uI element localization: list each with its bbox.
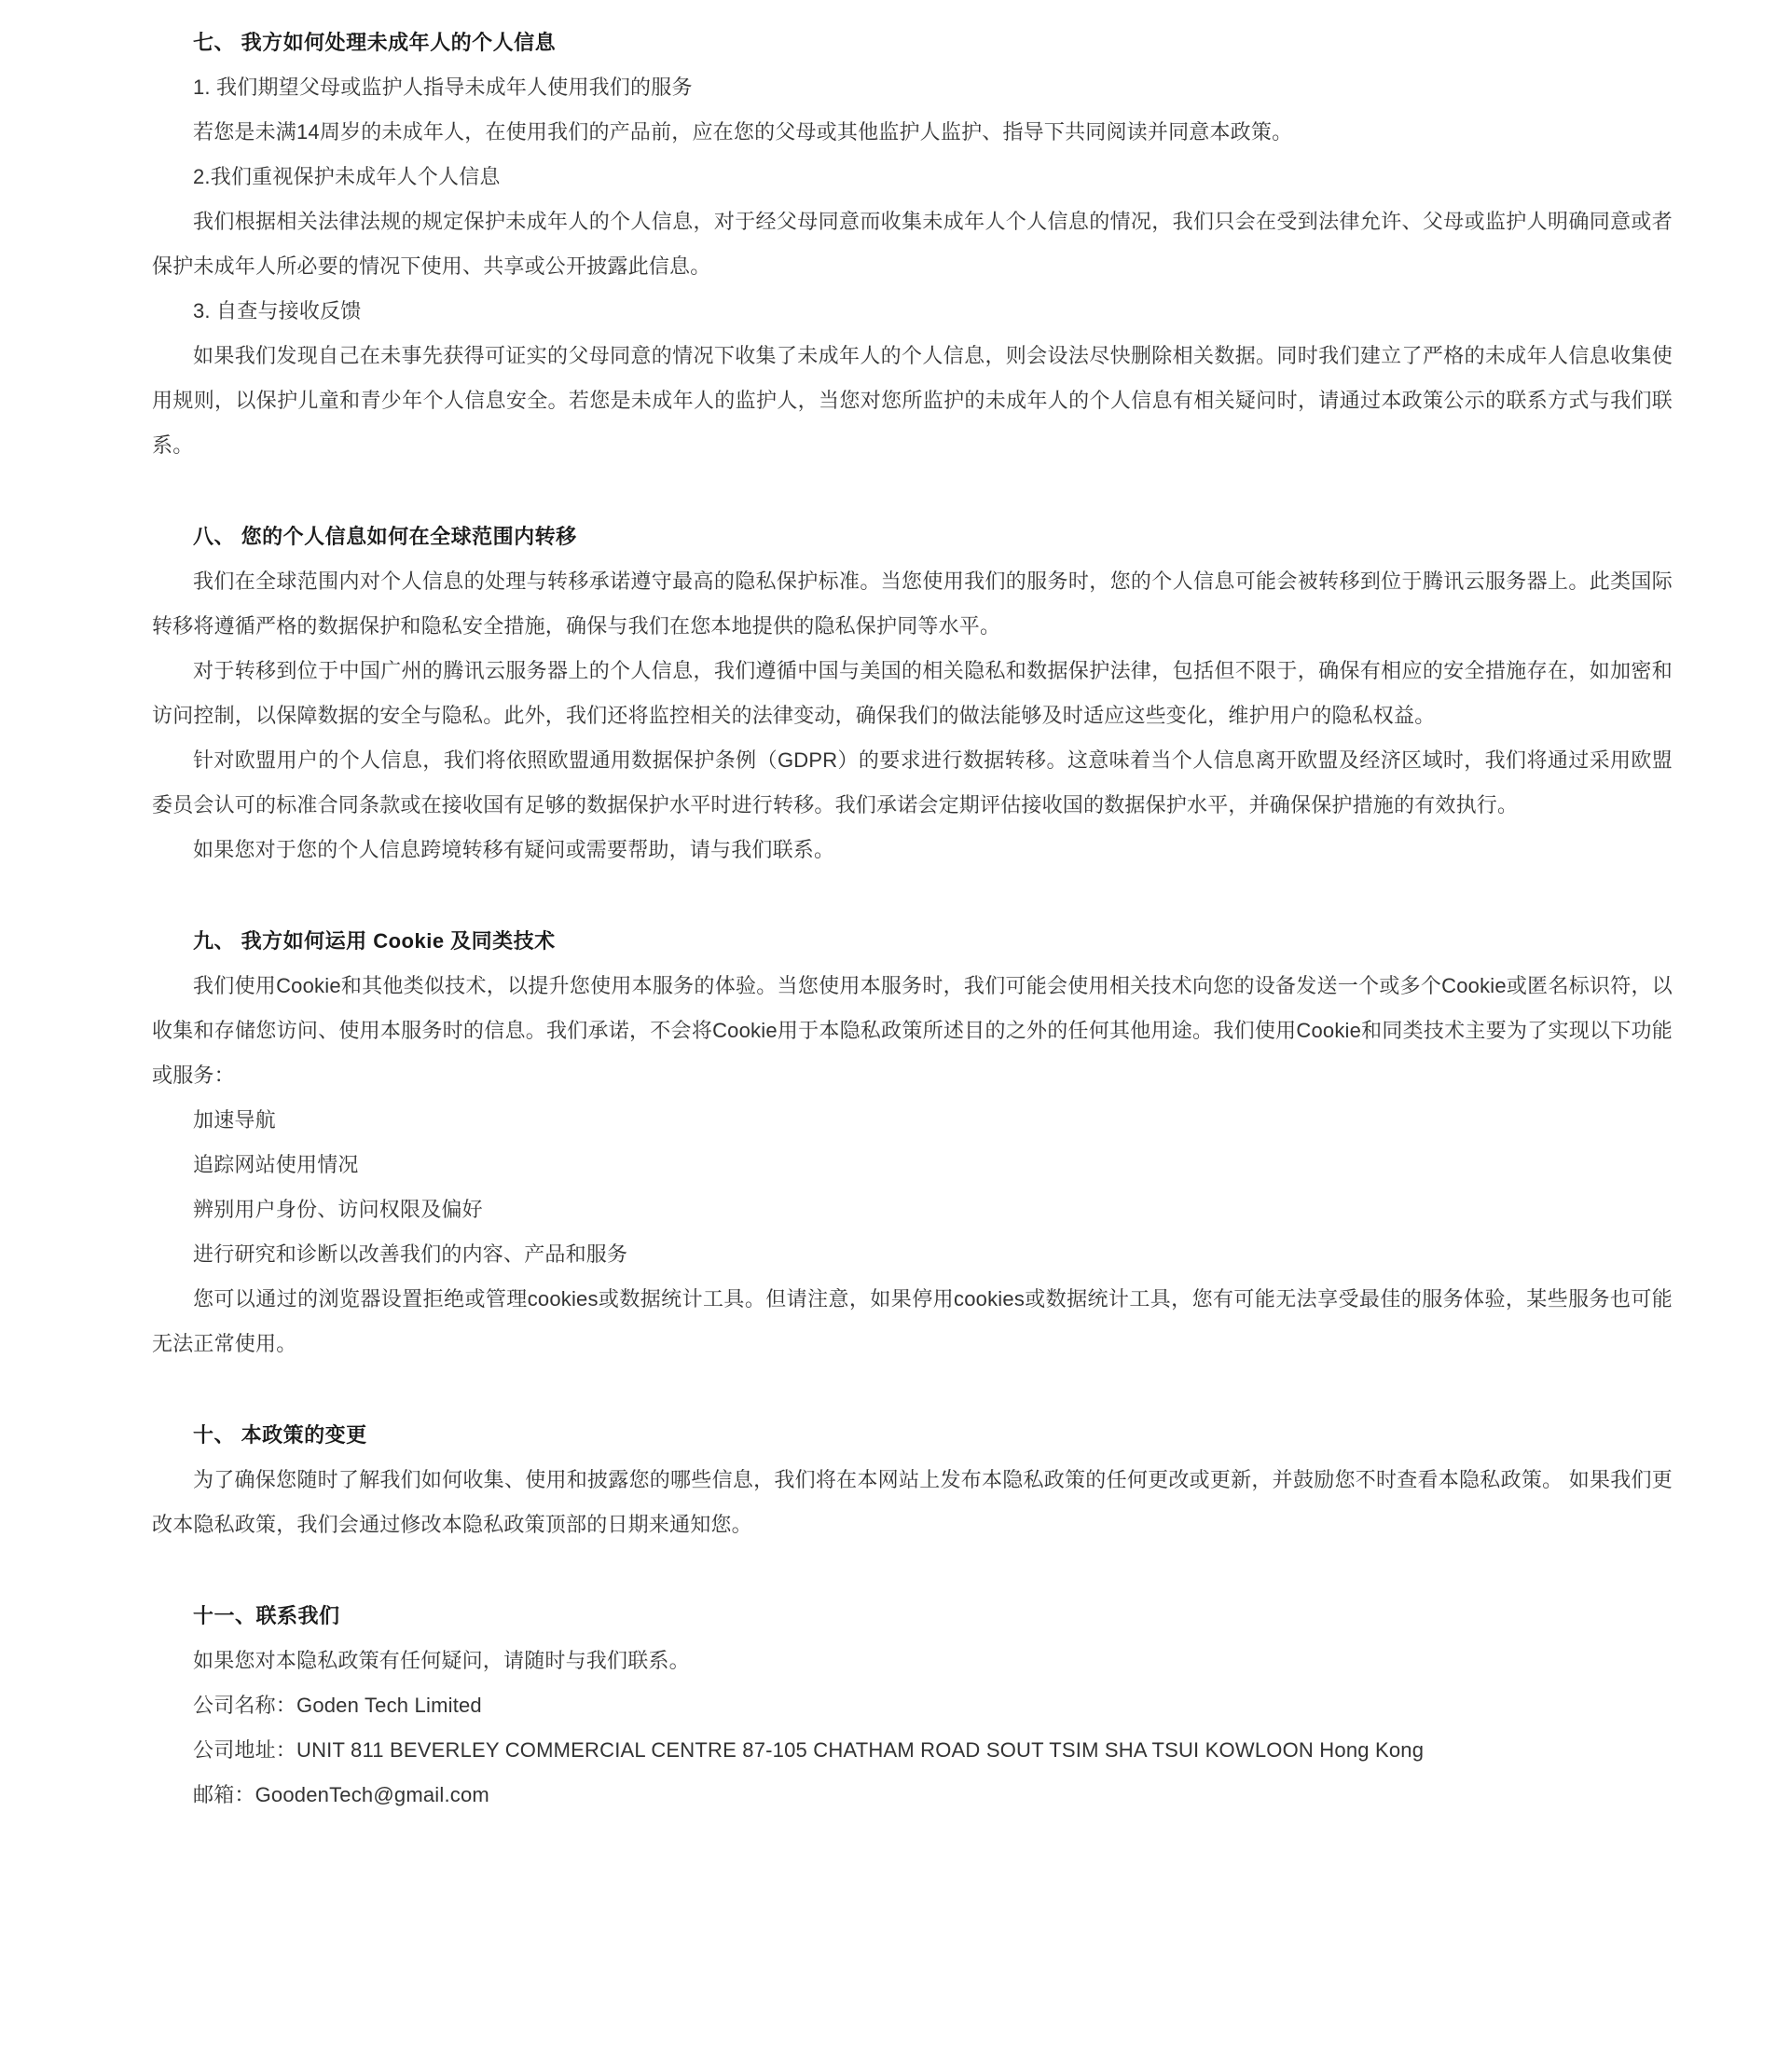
policy-section: 九、 我方如何运用 Cookie 及同类技术我们使用Cookie和其他类似技术，… [152,919,1673,1366]
policy-section: 七、 我方如何处理未成年人的个人信息1. 我们期望父母或监护人指导未成年人使用我… [152,21,1673,468]
policy-section: 十、 本政策的变更为了确保您随时了解我们如何收集、使用和披露您的哪些信息，我们将… [152,1413,1673,1547]
policy-paragraph: 公司地址：UNIT 811 BEVERLEY COMMERCIAL CENTRE… [152,1728,1673,1773]
policy-paragraph: 我们在全球范围内对个人信息的处理与转移承诺遵守最高的隐私保护标准。当您使用我们的… [152,559,1673,649]
section-heading: 八、 您的个人信息如何在全球范围内转移 [152,515,1673,559]
policy-paragraph: 3. 自查与接收反馈 [152,289,1673,334]
policy-paragraph: 如果我们发现自己在未事先获得可证实的父母同意的情况下收集了未成年人的个人信息，则… [152,334,1673,468]
policy-paragraph: 您可以通过的浏览器设置拒绝或管理cookies或数据统计工具。但请注意，如果停用… [152,1277,1673,1366]
policy-paragraph: 1. 我们期望父母或监护人指导未成年人使用我们的服务 [152,65,1673,110]
policy-paragraph: 加速导航 [152,1098,1673,1143]
section-heading: 七、 我方如何处理未成年人的个人信息 [152,21,1673,65]
policy-paragraph: 邮箱：GoodenTech@gmail.com [152,1773,1673,1818]
policy-paragraph: 我们根据相关法律法规的规定保护未成年人的个人信息，对于经父母同意而收集未成年人个… [152,199,1673,289]
policy-paragraph: 若您是未满14周岁的未成年人，在使用我们的产品前，应在您的父母或其他监护人监护、… [152,110,1673,155]
policy-paragraph: 进行研究和诊断以改善我们的内容、产品和服务 [152,1232,1673,1277]
section-heading: 十一、联系我们 [152,1594,1673,1639]
section-heading: 九、 我方如何运用 Cookie 及同类技术 [152,919,1673,964]
policy-paragraph: 公司名称：Goden Tech Limited [152,1683,1673,1728]
policy-paragraph: 2.我们重视保护未成年人个人信息 [152,155,1673,199]
policy-paragraph: 追踪网站使用情况 [152,1143,1673,1187]
policy-paragraph: 针对欧盟用户的个人信息，我们将依照欧盟通用数据保护条例（GDPR）的要求进行数据… [152,738,1673,828]
policy-paragraph: 如果您对于您的个人信息跨境转移有疑问或需要帮助，请与我们联系。 [152,828,1673,872]
policy-paragraph: 辨别用户身份、访问权限及偏好 [152,1187,1673,1232]
privacy-policy-document: 七、 我方如何处理未成年人的个人信息1. 我们期望父母或监护人指导未成年人使用我… [0,0,1790,1855]
section-heading: 十、 本政策的变更 [152,1413,1673,1458]
policy-section: 十一、联系我们如果您对本隐私政策有任何疑问，请随时与我们联系。公司名称：Gode… [152,1594,1673,1818]
policy-paragraph: 对于转移到位于中国广州的腾讯云服务器上的个人信息，我们遵循中国与美国的相关隐私和… [152,649,1673,738]
policy-paragraph: 如果您对本隐私政策有任何疑问，请随时与我们联系。 [152,1639,1673,1683]
policy-paragraph: 为了确保您随时了解我们如何收集、使用和披露您的哪些信息，我们将在本网站上发布本隐… [152,1458,1673,1547]
policy-section: 八、 您的个人信息如何在全球范围内转移我们在全球范围内对个人信息的处理与转移承诺… [152,515,1673,872]
policy-paragraph: 我们使用Cookie和其他类似技术，以提升您使用本服务的体验。当您使用本服务时，… [152,964,1673,1098]
